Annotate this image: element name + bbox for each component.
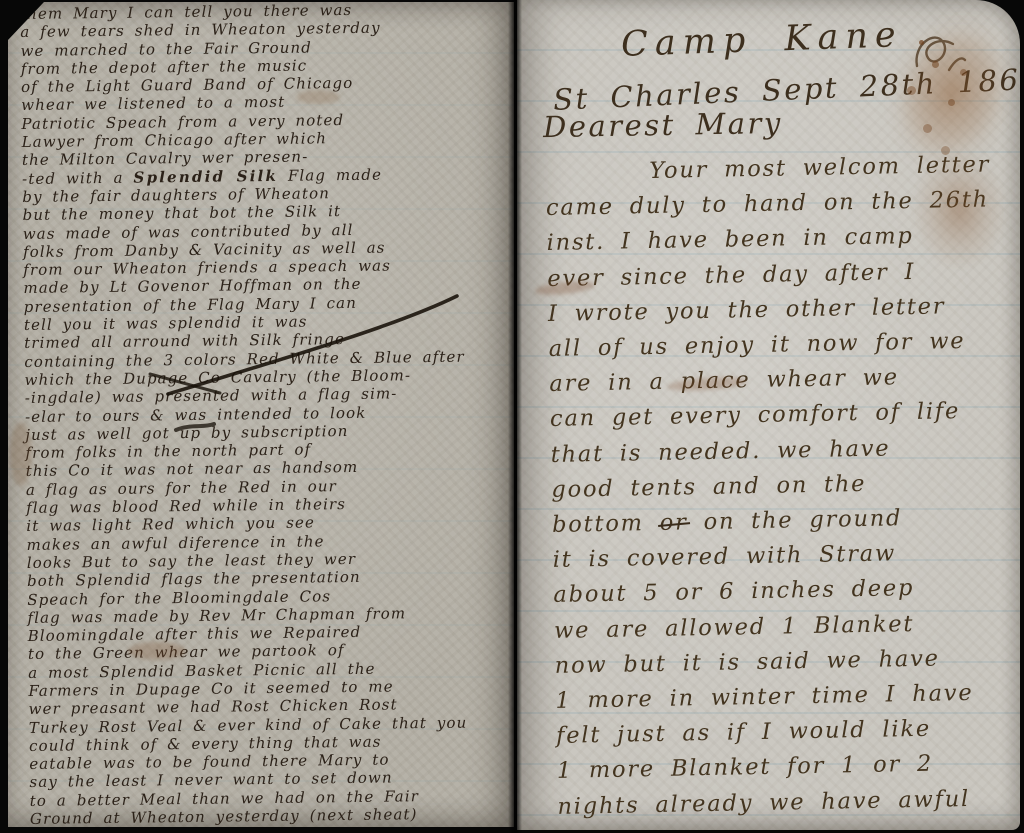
- letter-page-left: them Mary I can tell you there wasa few …: [8, 2, 514, 827]
- left-page-text: them Mary I can tell you there wasa few …: [20, 2, 514, 827]
- ink-flourish-icon: [909, 26, 969, 82]
- right-page-text: Your most welcom lettercame duly to hand…: [545, 146, 1020, 824]
- letter-salutation: Dearest Mary: [543, 106, 783, 144]
- letter-page-right: Camp Kane St Charles Sept 28th 1861 Dear…: [517, 0, 1020, 830]
- letter-heading-place: Camp Kane: [620, 15, 903, 65]
- letter-scan: them Mary I can tell you there wasa few …: [0, 0, 1024, 833]
- page-fold-seam: [508, 0, 522, 833]
